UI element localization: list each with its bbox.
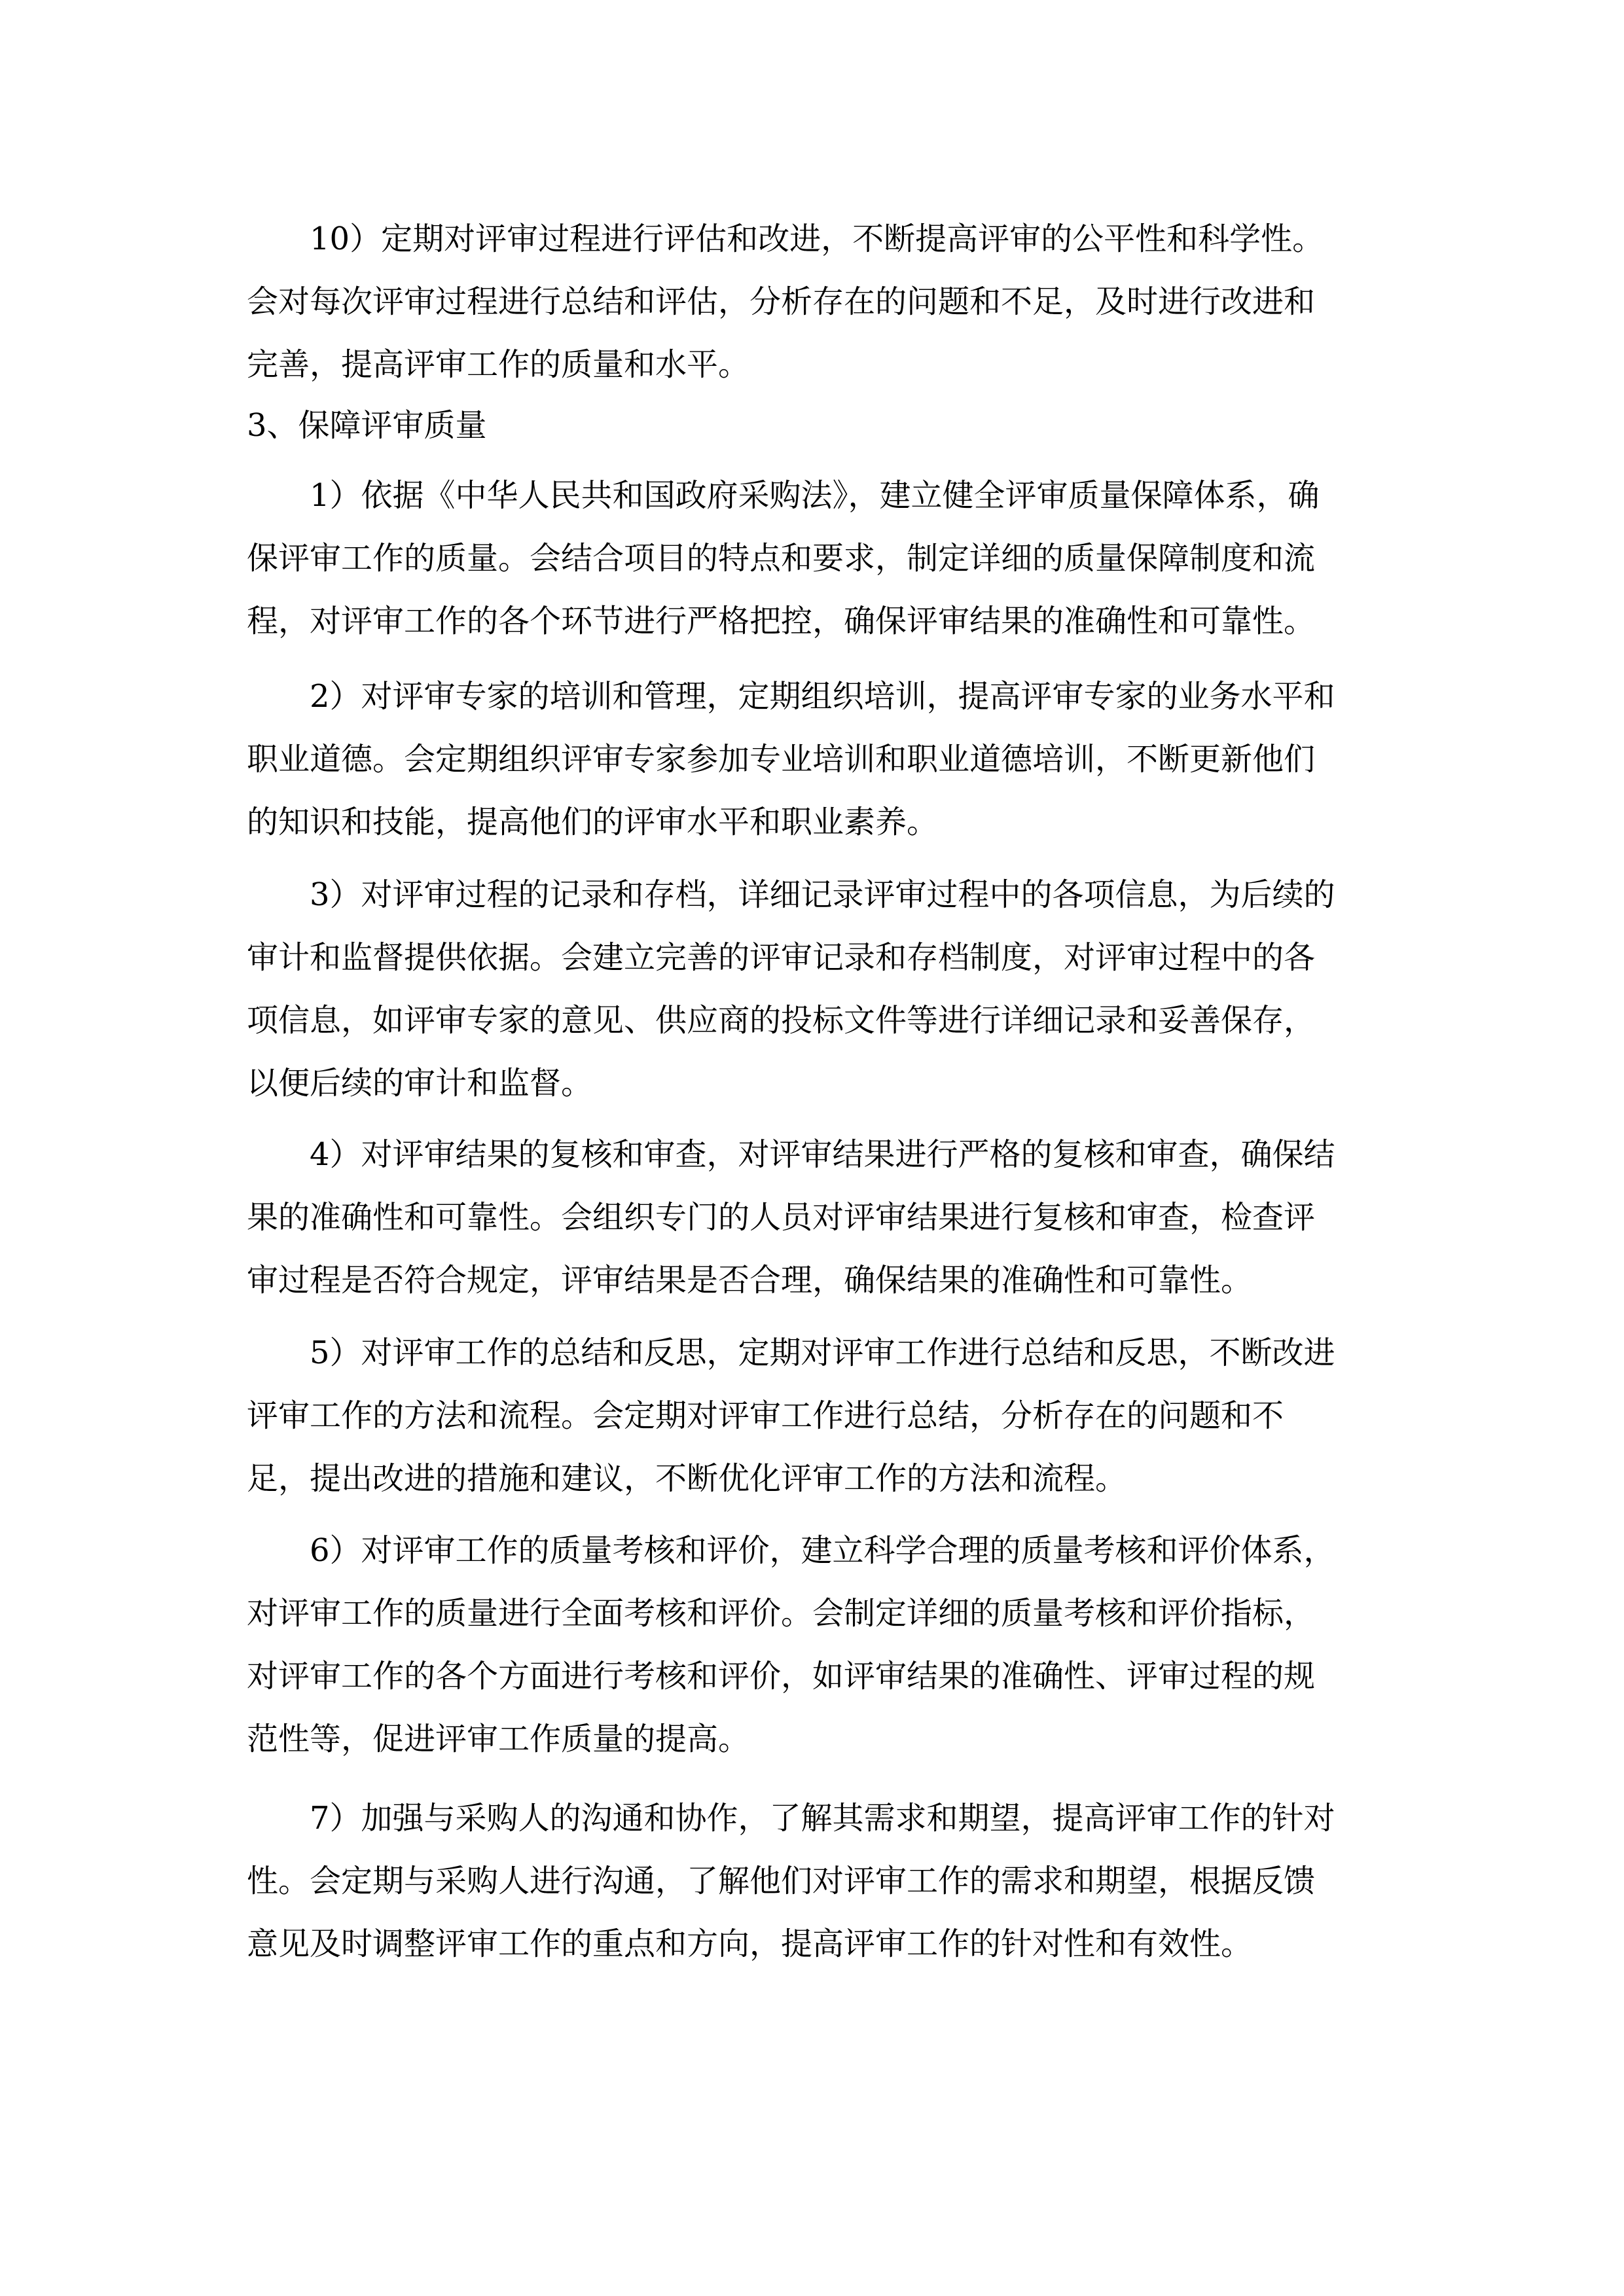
paragraph-item-6: 6）对评审工作的质量考核和评价，建立科学合理的质量考核和评价体系， 对评审工作的… bbox=[247, 1519, 1373, 1770]
paragraph-item-4: 4）对评审结果的复核和审查，对评审结果进行严格的复核和审查，确保结 果的准确性和… bbox=[247, 1123, 1373, 1312]
text-line: 完善，提高评审工作的质量和水平。 bbox=[247, 333, 1373, 396]
paragraph-item-10: 10）定期对评审过程进行评估和改进，不断提高评审的公平性和科学性。 会对每次评审… bbox=[247, 207, 1373, 396]
text-line: 果的准确性和可靠性。会组织专门的人员对评审结果进行复核和审查，检查评 bbox=[247, 1186, 1373, 1249]
paragraph-item-1: 1）依据《中华人民共和国政府采购法》，建立健全评审质量保障体系，确 保评审工作的… bbox=[247, 464, 1373, 653]
text-line: 会对每次评审过程进行总结和评估，分析存在的问题和不足，及时进行改进和 bbox=[247, 270, 1373, 333]
text-line: 意见及时调整评审工作的重点和方向，提高评审工作的针对性和有效性。 bbox=[247, 1912, 1373, 1975]
paragraph-item-5: 5）对评审工作的总结和反思，定期对评审工作进行总结和反思，不断改进 评审工作的方… bbox=[247, 1321, 1373, 1510]
text-line: 审过程是否符合规定，评审结果是否合理，确保结果的准确性和可靠性。 bbox=[247, 1249, 1373, 1312]
document-page: 10）定期对评审过程进行评估和改进，不断提高评审的公平性和科学性。 会对每次评审… bbox=[0, 0, 1624, 2296]
text-line: 3）对评审过程的记录和存档，详细记录评审过程中的各项信息，为后续的 bbox=[247, 863, 1373, 926]
text-line: 对评审工作的各个方面进行考核和评价，如评审结果的准确性、评审过程的规 bbox=[247, 1645, 1373, 1708]
text-line: 保评审工作的质量。会结合项目的特点和要求，制定详细的质量保障制度和流 bbox=[247, 527, 1373, 590]
paragraph-item-2: 2）对评审专家的培训和管理，定期组织培训，提高评审专家的业务水平和 职业道德。会… bbox=[247, 665, 1373, 853]
text-line: 10）定期对评审过程进行评估和改进，不断提高评审的公平性和科学性。 bbox=[247, 207, 1373, 270]
text-line: 以便后续的审计和监督。 bbox=[247, 1052, 1373, 1115]
text-line: 1）依据《中华人民共和国政府采购法》，建立健全评审质量保障体系，确 bbox=[247, 464, 1373, 527]
text-line: 7）加强与采购人的沟通和协作，了解其需求和期望，提高评审工作的针对 bbox=[247, 1787, 1373, 1850]
text-line: 6）对评审工作的质量考核和评价，建立科学合理的质量考核和评价体系， bbox=[247, 1519, 1373, 1582]
text-line: 性。会定期与采购人进行沟通，了解他们对评审工作的需求和期望，根据反馈 bbox=[247, 1850, 1373, 1912]
text-line: 2）对评审专家的培训和管理，定期组织培训，提高评审专家的业务水平和 bbox=[247, 665, 1373, 728]
text-line: 职业道德。会定期组织评审专家参加专业培训和职业道德培训，不断更新他们 bbox=[247, 728, 1373, 791]
text-line: 范性等，促进评审工作质量的提高。 bbox=[247, 1708, 1373, 1770]
text-line: 5）对评审工作的总结和反思，定期对评审工作进行总结和反思，不断改进 bbox=[247, 1321, 1373, 1384]
text-line: 对评审工作的质量进行全面考核和评价。会制定详细的质量考核和评价指标， bbox=[247, 1582, 1373, 1645]
text-line: 足，提出改进的措施和建议，不断优化评审工作的方法和流程。 bbox=[247, 1447, 1373, 1510]
text-line: 项信息，如评审专家的意见、供应商的投标文件等进行详细记录和妥善保存， bbox=[247, 989, 1373, 1052]
text-line: 4）对评审结果的复核和审查，对评审结果进行严格的复核和审查，确保结 bbox=[247, 1123, 1373, 1186]
text-line: 程，对评审工作的各个环节进行严格把控，确保评审结果的准确性和可靠性。 bbox=[247, 590, 1373, 653]
heading-text: 3、保障评审质量 bbox=[247, 394, 1373, 457]
text-line: 的知识和技能，提高他们的评审水平和职业素养。 bbox=[247, 791, 1373, 853]
text-line: 评审工作的方法和流程。会定期对评审工作进行总结，分析存在的问题和不 bbox=[247, 1384, 1373, 1447]
paragraph-item-3: 3）对评审过程的记录和存档，详细记录评审过程中的各项信息，为后续的 审计和监督提… bbox=[247, 863, 1373, 1115]
section-heading-3: 3、保障评审质量 bbox=[247, 394, 1373, 457]
paragraph-item-7: 7）加强与采购人的沟通和协作，了解其需求和期望，提高评审工作的针对 性。会定期与… bbox=[247, 1787, 1373, 1975]
text-line: 审计和监督提供依据。会建立完善的评审记录和存档制度，对评审过程中的各 bbox=[247, 926, 1373, 989]
